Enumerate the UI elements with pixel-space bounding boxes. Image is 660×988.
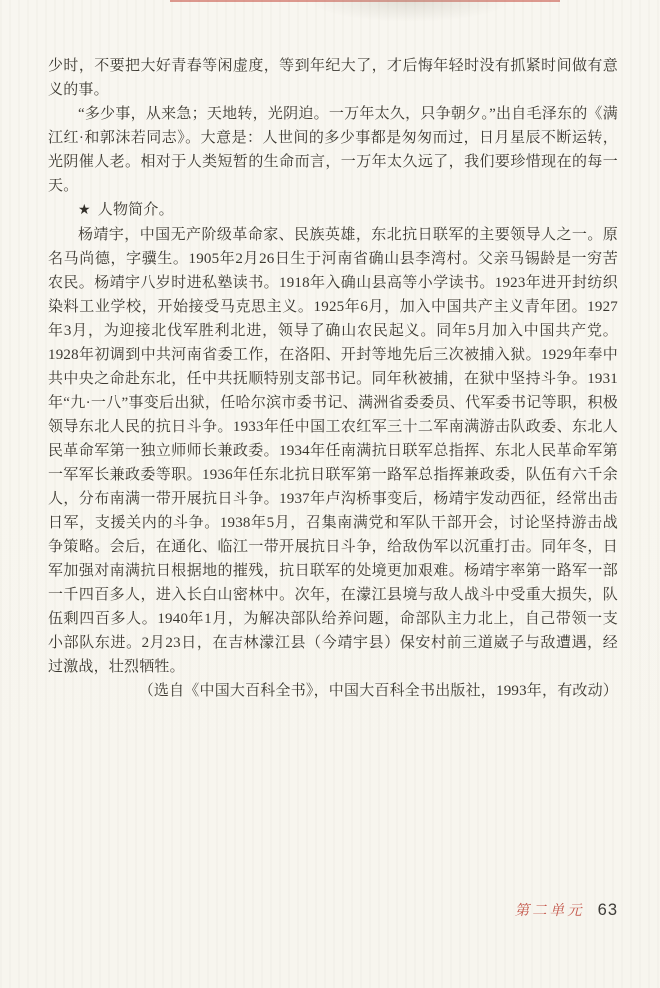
source-citation: （选自《中国大百科全书》，中国大百科全书出版社，1993年，有改动）	[48, 679, 618, 703]
paragraph-biography: 杨靖宇，中国无产阶级革命家、民族英雄，东北抗日联军的主要领导人之一。原名马尚德，…	[48, 223, 618, 679]
page-body-text: 少时，不要把大好青春等闲虚度，等到年纪大了，才后悔年轻时没有抓紧时间做有意义的事…	[48, 54, 618, 703]
star-icon: ★	[78, 203, 91, 218]
paragraph-quote-explanation: “多少事，从来急；天地转，光阴迫。一万年太久，只争朝夕。”出自毛泽东的《满江红·…	[48, 102, 618, 198]
unit-label: 第二单元	[515, 899, 585, 920]
paragraph-intro-continuation: 少时，不要把大好青春等闲虚度，等到年纪大了，才后悔年轻时没有抓紧时间做有意义的事…	[48, 54, 618, 102]
scan-smudge	[300, 0, 520, 24]
section-heading-label: 人物简介。	[98, 202, 174, 218]
page-number: 63	[598, 901, 618, 920]
page-top-red-line	[170, 0, 560, 2]
textbook-page: 少时，不要把大好青春等闲虚度，等到年纪大了，才后悔年轻时没有抓紧时间做有意义的事…	[0, 0, 660, 988]
page-footer: 第二单元 63	[515, 899, 618, 920]
section-heading: ★人物简介。	[48, 198, 618, 223]
